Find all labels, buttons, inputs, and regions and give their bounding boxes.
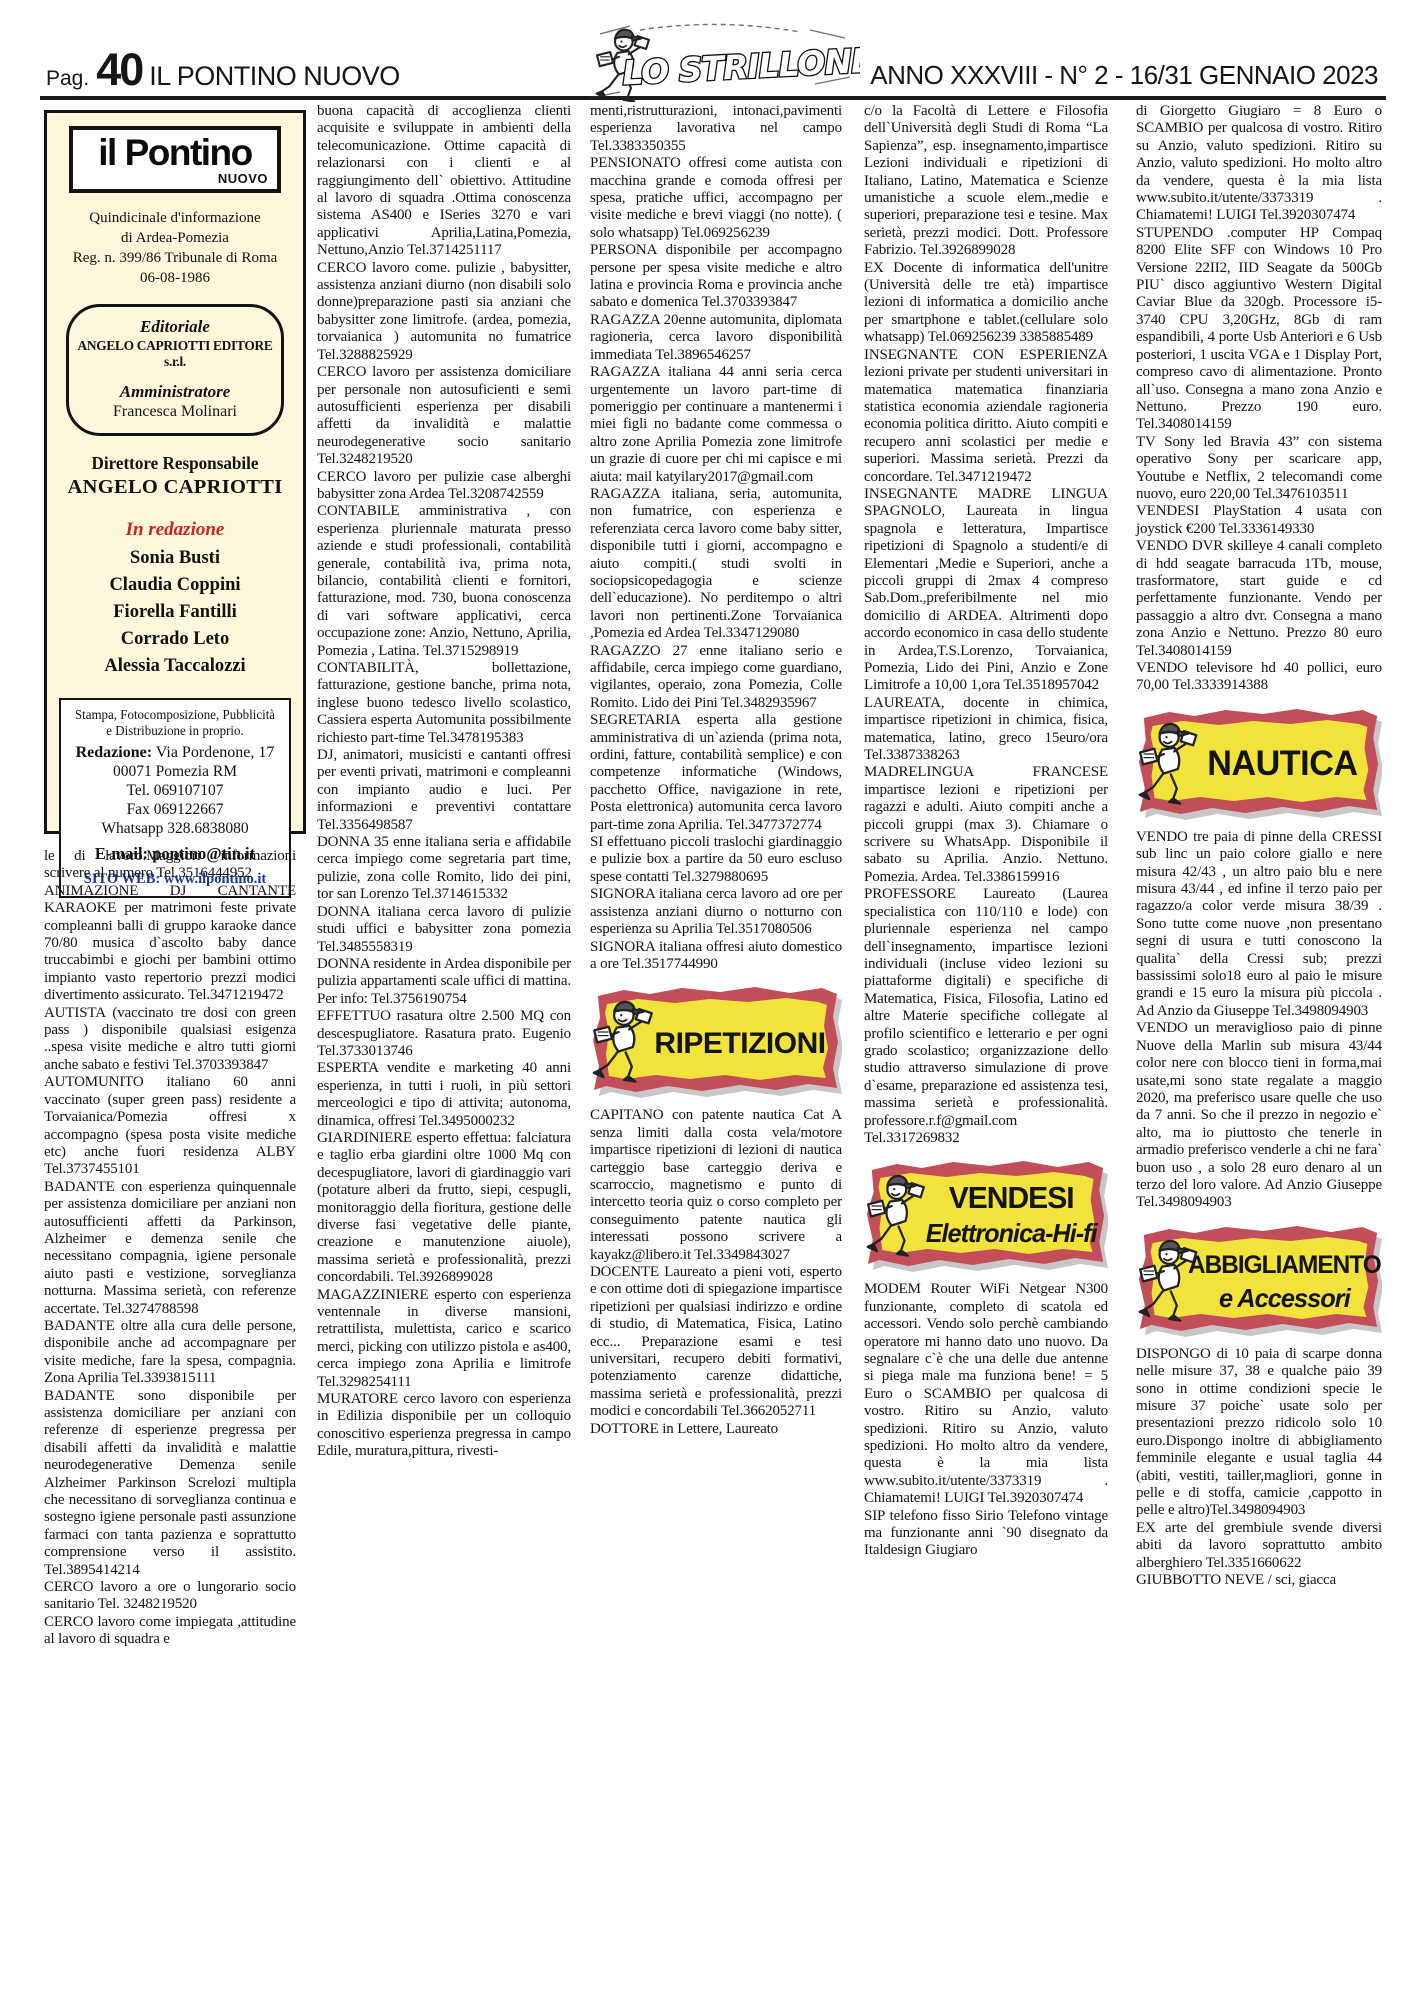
- classified-ad: PENSIONATO offresi come autista con macc…: [590, 155, 842, 242]
- pontino-logo-subtitle: NUOVO: [82, 171, 268, 186]
- classified-ad: DONNA residente in Ardea disponibile per…: [317, 956, 571, 1008]
- classified-ad: GIUBBOTTO NEVE / sci, giacca: [1136, 1572, 1382, 1589]
- staff-name: Sonia Busti: [47, 545, 303, 572]
- admin-label: Amministratore: [73, 382, 277, 402]
- classified-ad: SIGNORA italiana offresi aiuto domestico…: [590, 939, 842, 974]
- classified-ad: INSEGNANTE CON ESPERIENZA lezioni privat…: [864, 347, 1108, 486]
- page-header-left: Pag. 40 IL PONTINO NUOVO: [46, 44, 400, 96]
- classified-ad: PERSONA disponibile per accompagno perso…: [590, 242, 842, 312]
- newspaper-name: IL PONTINO NUOVO: [149, 61, 400, 92]
- classified-ad: RAGAZZO 27 enne italiano serio e affidab…: [590, 643, 842, 713]
- classified-ad: STUPENDO .computer HP Compaq 8200 Elite …: [1136, 225, 1382, 434]
- classified-ad: CAPITANO con patente nautica Cat A senza…: [590, 1107, 842, 1264]
- staff-name: Fiorella Fantilli: [47, 599, 303, 626]
- classified-ad: TV Sony led Bravia 43” con sistema opera…: [1136, 434, 1382, 504]
- masthead-info-line: di Ardea-Pomezia: [47, 228, 303, 248]
- director-block: Direttore Responsabile ANGELO CAPRIOTTI: [47, 453, 303, 499]
- page-number: 40: [96, 44, 142, 96]
- classified-ad: EX arte del grembiule svende diversi abi…: [1136, 1520, 1382, 1572]
- classified-ad: MODEM Router WiFi Netgear N300 funzionan…: [864, 1281, 1108, 1507]
- classified-ad: MADRELINGUA FRANCESE impartisce lezioni …: [864, 764, 1108, 886]
- classified-ad: CONTABILITÀ, bollettazione, fatturazione…: [317, 660, 571, 747]
- redazione-address: Redazione: Via Pordenone, 17: [64, 744, 286, 762]
- banner-frame: RIPETIZIONI: [590, 982, 842, 1100]
- classified-ad: SIGNORA italiana cerca lavoro ad ore per…: [590, 886, 842, 938]
- classified-ad: CONTABILE amministrativa , con esperienz…: [317, 503, 571, 660]
- svg-text:VENDESI: VENDESI: [949, 1181, 1074, 1216]
- classified-ad: ESPERTA vendite e marketing 40 anni espe…: [317, 1060, 571, 1130]
- staff-name: Alessia Taccalozzi: [47, 653, 303, 680]
- classified-ad: BADANTE con esperienza quinquennale per …: [44, 1179, 296, 1318]
- address-line: Tel. 069107107: [64, 781, 286, 800]
- section-banner-vendesi_elettronica: VENDESI Elettronica-Hi-fi: [864, 1156, 1108, 1274]
- classifieds-column-2: buona capacità di accoglienza clienti ac…: [317, 103, 571, 1461]
- staff-name: Claudia Coppini: [47, 572, 303, 599]
- classified-ad: DONNA 35 enne italiana seria e affidabil…: [317, 834, 571, 904]
- classified-ad: EX Docente di informatica dell'unitre (U…: [864, 260, 1108, 347]
- banner-frame: NAUTICA: [1136, 704, 1382, 822]
- classified-ad: BADANTE oltre alla cura delle persone, d…: [44, 1318, 296, 1388]
- issue-info: ANNO XXXVIII - N° 2 - 16/31 GENNAIO 2023: [870, 60, 1378, 91]
- classified-ad: CERCO lavoro come impiegata ,attitudine …: [44, 1614, 296, 1649]
- masthead-info-line: 06-08-1986: [47, 268, 303, 288]
- classified-ad: RAGAZZA italiana, seria, automunita, non…: [590, 486, 842, 643]
- classifieds-column-4: c/o la Facoltà di Lettere e Filosofia de…: [864, 103, 1108, 1560]
- address-line: Whatsapp 328.6838080: [64, 819, 286, 838]
- classified-ad: VENDO DVR skilleye 4 canali completo di …: [1136, 538, 1382, 660]
- svg-text:LO STRILLONE: LO STRILLONE: [621, 40, 860, 92]
- classified-ad: CERCO lavoro per assistenza domiciliare …: [317, 364, 571, 468]
- classified-ad: CERCO lavoro a ore o lungorario socio sa…: [44, 1579, 296, 1614]
- address-line: Fax 069122667: [64, 800, 286, 819]
- section-banner-nautica: NAUTICA: [1136, 704, 1382, 822]
- newsboy-logo-icon: LO STRILLONE: [560, 22, 860, 102]
- editorial-name: ANGELO CAPRIOTTI EDITORE s.r.l.: [73, 338, 277, 370]
- director-name: ANGELO CAPRIOTTI: [47, 476, 303, 499]
- classified-ad: GIARDINIERE esperto effettua: falciatura…: [317, 1130, 571, 1287]
- admin-name: Francesca Molinari: [73, 403, 277, 421]
- director-label: Direttore Responsabile: [53, 453, 296, 474]
- masthead-info-line: Quindicinale d'informazione: [47, 208, 303, 228]
- classified-ad: RAGAZZA italiana 44 anni seria cerca urg…: [590, 364, 842, 486]
- classified-ad: EFFETTUO rasatura oltre 2.500 MQ con des…: [317, 1008, 571, 1060]
- classified-ad: DOCENTE Laureato a pieni voti, esperto e…: [590, 1264, 842, 1421]
- banner-frame: VENDESI Elettronica-Hi-fi: [864, 1156, 1108, 1274]
- svg-text:ABBIGLIAMENTO: ABBIGLIAMENTO: [1188, 1251, 1382, 1278]
- svg-text:RIPETIZIONI: RIPETIZIONI: [654, 1027, 825, 1060]
- classified-ad: VENDO un meraviglioso paio di pinne Nuov…: [1136, 1020, 1382, 1211]
- classified-ad: CERCO lavoro per pulizie case alberghi b…: [317, 469, 571, 504]
- classifieds-column-3: menti,ristrutturazioni, intonaci,pavimen…: [590, 103, 842, 1438]
- classified-ad: INSEGNANTE MADRE LINGUA SPAGNOLO, Laurea…: [864, 486, 1108, 695]
- classified-ad: AUTISTA (vaccinato tre dosi con green pa…: [44, 1005, 296, 1075]
- classified-ad: buona capacità di accoglienza clienti ac…: [317, 103, 571, 260]
- classified-ad: LAUREATA, docente in chimica, impartisce…: [864, 695, 1108, 765]
- address-line: 00071 Pomezia RM: [64, 762, 286, 781]
- classified-ad: le di lavoro.Maggiori informazioni scriv…: [44, 848, 296, 883]
- classified-ad: VENDO televisore hd 40 pollici, euro 70,…: [1136, 660, 1382, 695]
- classified-ad: menti,ristrutturazioni, intonaci,pavimen…: [590, 103, 842, 155]
- lo-strillone-logo: LO STRILLONE: [560, 22, 860, 102]
- classified-ad: MAGAZZINIERE esperto con esperienza vent…: [317, 1287, 571, 1391]
- classified-ad: SI effettuano piccoli traslochi giardina…: [590, 834, 842, 886]
- classified-ad: AUTOMUNITO italiano 60 anni vaccinato (s…: [44, 1074, 296, 1178]
- classified-ad: DISPONGO di 10 paia di scarpe donna nell…: [1136, 1346, 1382, 1520]
- classified-ad: RAGAZZA 20enne automunita, diplomata rag…: [590, 312, 842, 364]
- print-info: Stampa, Fotocomposizione, Pubblicità e D…: [68, 707, 281, 739]
- classified-ad: VENDO tre paia di pinne della CRESSI sub…: [1136, 829, 1382, 1020]
- masthead-info: Quindicinale d'informazione di Ardea-Pom…: [47, 208, 303, 288]
- classified-ad: c/o la Facoltà di Lettere e Filosofia de…: [864, 103, 1108, 260]
- classified-ad: DONNA italiana cerca lavoro di pulizie s…: [317, 904, 571, 956]
- svg-text:Elettronica-Hi-fi: Elettronica-Hi-fi: [926, 1220, 1099, 1248]
- pontino-logo-title: il Pontino: [82, 135, 268, 171]
- classified-ad: PROFESSORE Laureato (Laurea specialistic…: [864, 886, 1108, 1147]
- section-banner-ripetizioni: RIPETIZIONI: [590, 982, 842, 1100]
- classified-ad: di Giorgetto Giugiaro = 8 Euro o SCAMBIO…: [1136, 103, 1382, 225]
- classified-ad: SEGRETARIA esperta alla gestione amminis…: [590, 712, 842, 834]
- masthead-info-line: Reg. n. 399/86 Tribunale di Roma: [47, 248, 303, 268]
- editorial-label: Editoriale: [73, 317, 277, 337]
- section-banner-abbigliamento: ABBIGLIAMENTO e Accessori: [1136, 1221, 1382, 1339]
- banner-frame: ABBIGLIAMENTO e Accessori: [1136, 1221, 1382, 1339]
- staff-block: In redazione Sonia Busti Claudia Coppini…: [47, 519, 303, 680]
- classified-ad: ANIMAZIONE DJ CANTANTE KARAOKE per matri…: [44, 883, 296, 1005]
- page-label: Pag.: [46, 67, 89, 91]
- classified-ad: BADANTE sono disponibile per assistenza …: [44, 1388, 296, 1579]
- classified-ad: MURATORE cerco lavoro con esperienza in …: [317, 1391, 571, 1461]
- pontino-logo: il Pontino NUOVO: [69, 126, 281, 193]
- classified-ad: DJ, animatori, musicisti e cantanti offr…: [317, 747, 571, 834]
- classified-ad: VENDESI PlayStation 4 usata con joystick…: [1136, 503, 1382, 538]
- masthead-box: il Pontino NUOVO Quindicinale d'informaz…: [44, 110, 306, 834]
- classified-ad: DOTTORE in Lettere, Laureato: [590, 1421, 842, 1438]
- editorial-box: Editoriale ANGELO CAPRIOTTI EDITORE s.r.…: [66, 304, 284, 436]
- staff-label: In redazione: [47, 519, 303, 541]
- svg-text:NAUTICA: NAUTICA: [1207, 744, 1358, 782]
- staff-name: Corrado Leto: [47, 626, 303, 653]
- classified-ad: SIP telefono fisso Sirio Telefono vintag…: [864, 1508, 1108, 1560]
- classified-ad: CERCO lavoro come. pulizie , babysitter,…: [317, 260, 571, 364]
- classifieds-column-1: le di lavoro.Maggiori informazioni scriv…: [44, 848, 296, 1649]
- classifieds-column-5: di Giorgetto Giugiaro = 8 Euro o SCAMBIO…: [1136, 103, 1382, 1589]
- svg-text:e Accessori: e Accessori: [1219, 1284, 1352, 1312]
